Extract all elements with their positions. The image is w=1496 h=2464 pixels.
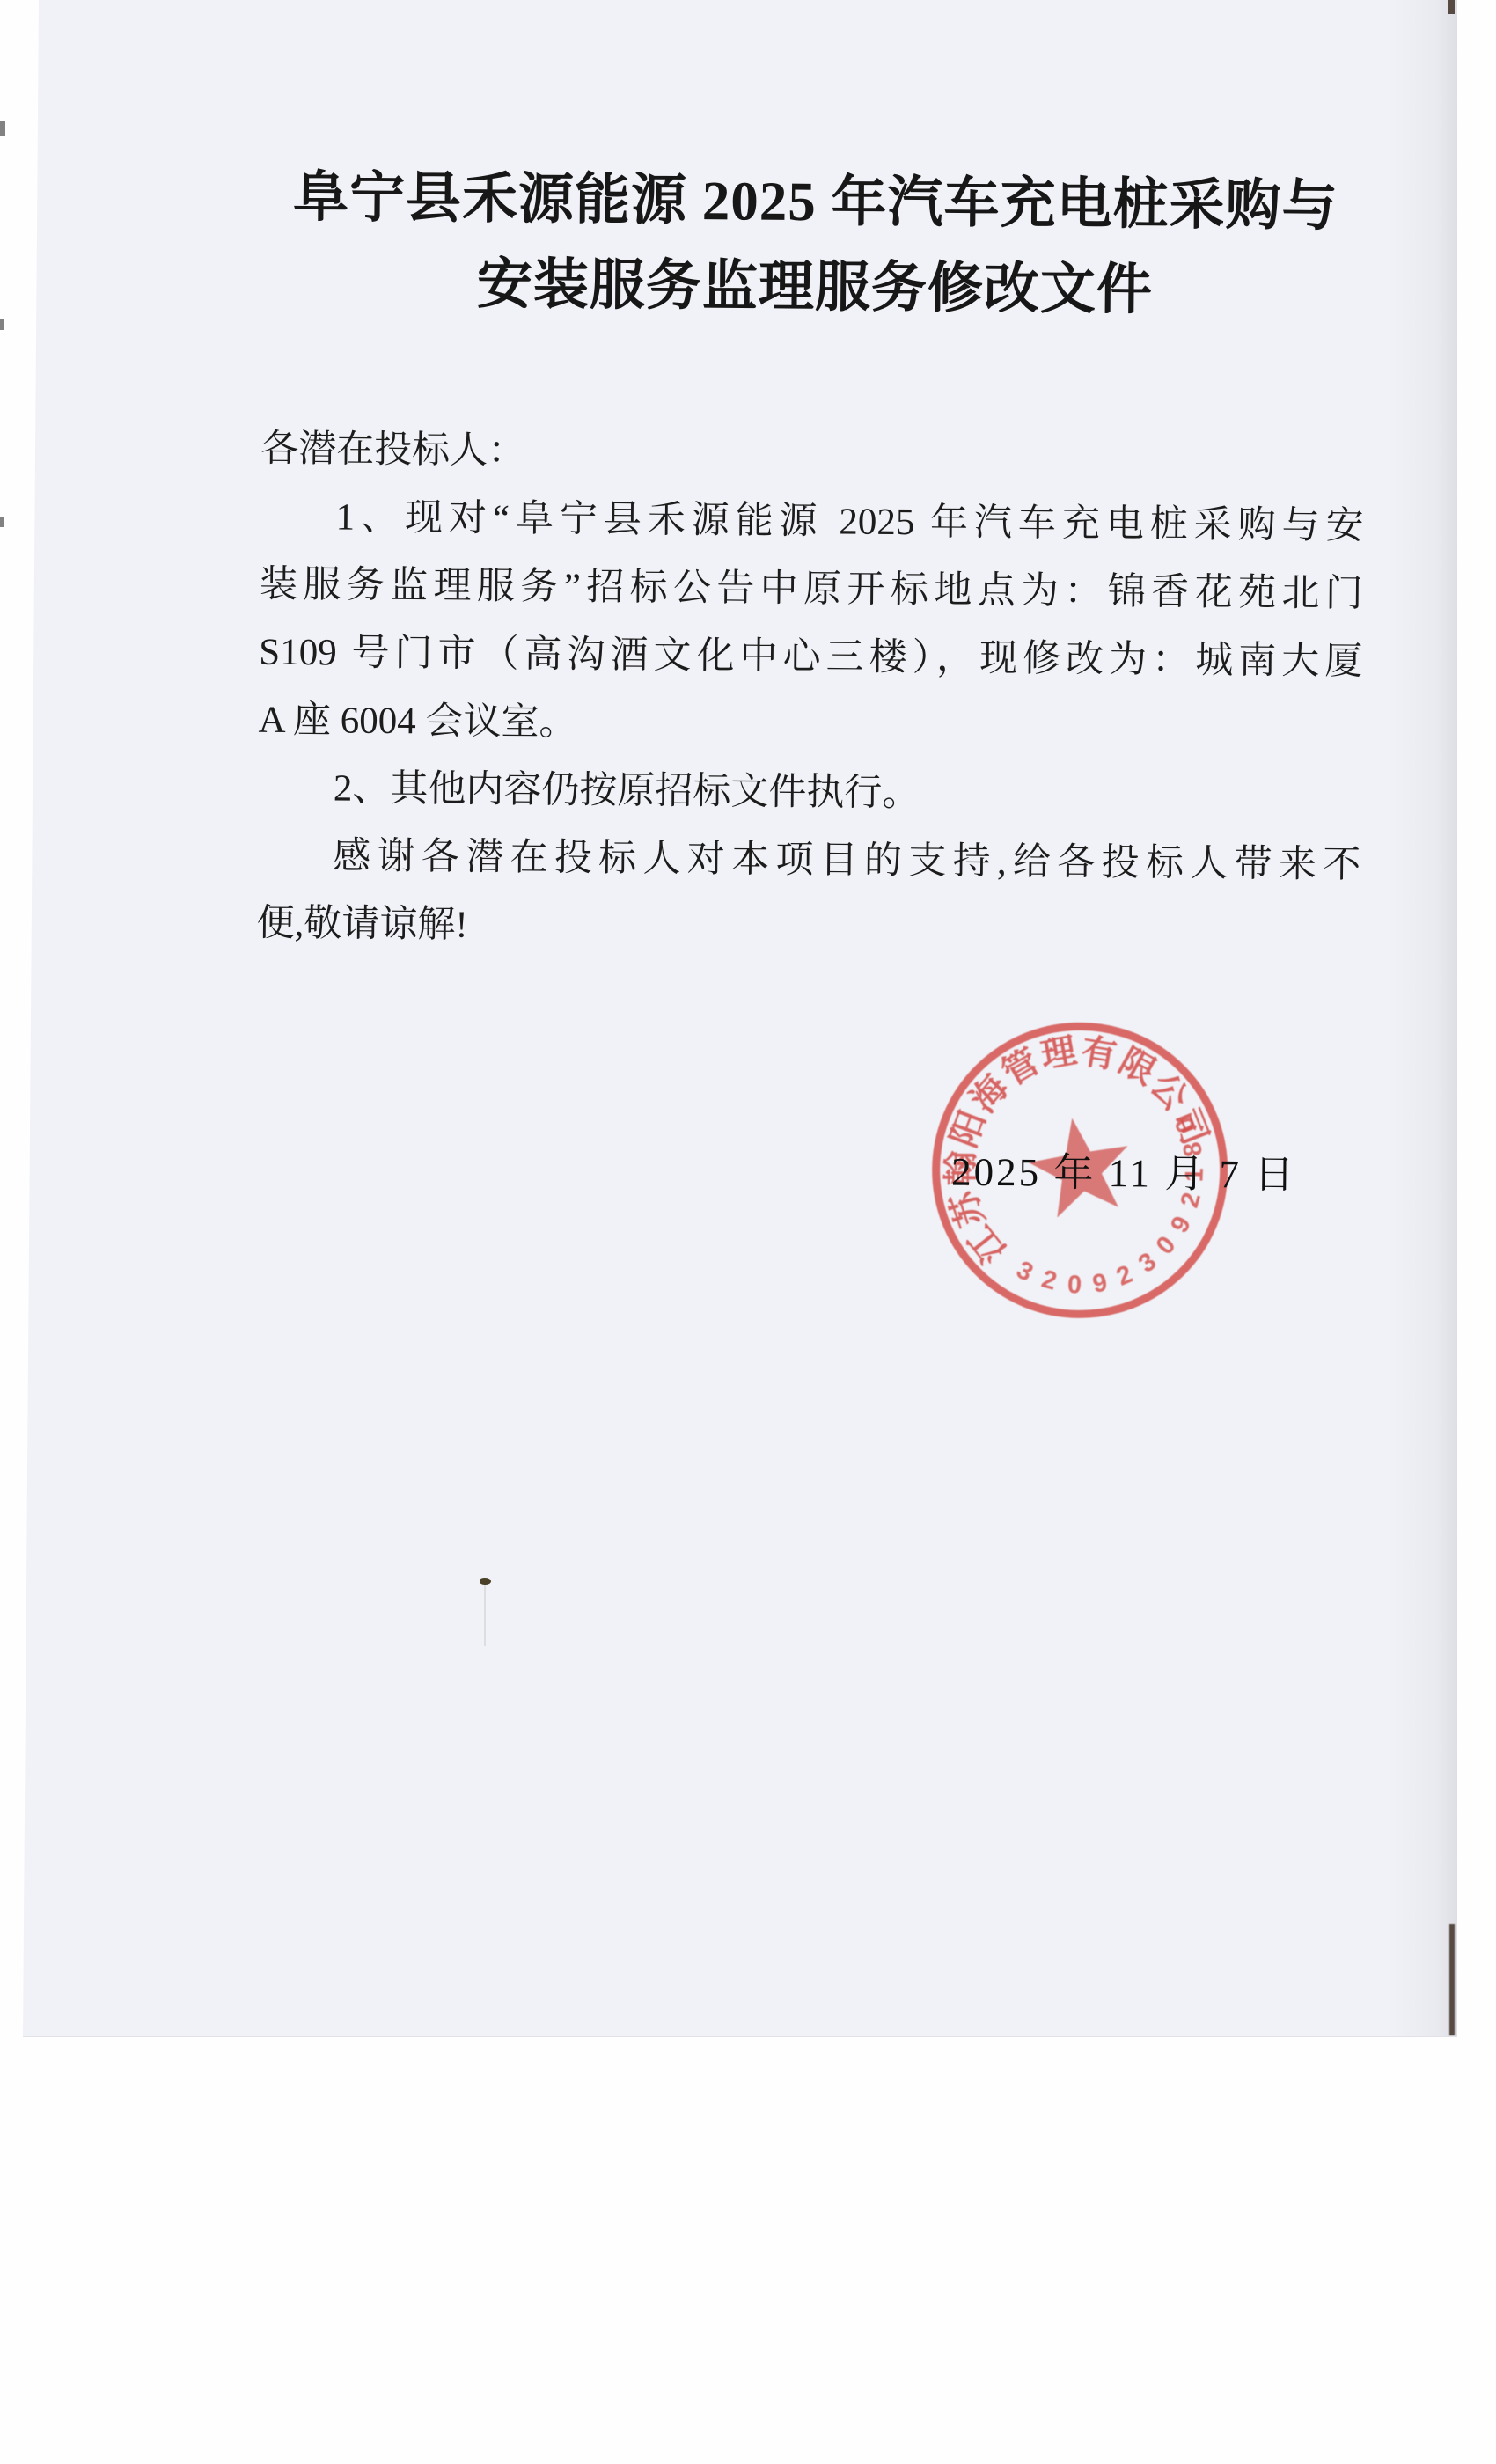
stamp-serial-char: 0 (1067, 1271, 1082, 1301)
body-line: 1、现对“阜宁县禾源能源 2025 年汽车充电桩采购与安 (260, 483, 1364, 561)
body-line: A 座 6004 会议室。 (258, 686, 1362, 764)
body-line: 2、其他内容仍按原招标文件执行。 (258, 754, 1362, 832)
body-line: 感谢各潜在投标人对本项目的支持,给各投标人带来不 (257, 822, 1361, 899)
scan-edge-tick (0, 121, 5, 136)
title-line-1: 阜宁县禾源能源 2025 年汽车充电桩采购与 (263, 155, 1368, 250)
ink-speck-streak (484, 1585, 486, 1646)
ink-speck (480, 1578, 491, 1585)
document-body: 各潜在投标人： 1、现对“阜宁县禾源能源 2025 年汽车充电桩采购与安 装服务… (256, 415, 1364, 967)
body-line: 装服务监理服务”招标公告中原开标地点为：锦香花苑北门 (260, 551, 1364, 628)
document-content: 阜宁县禾源能源 2025 年汽车充电桩采购与 安装服务监理服务修改文件 各潜在投… (0, 0, 1496, 2047)
body-line: 便,敬请谅解! (256, 890, 1360, 967)
title-line-2: 安装服务监理服务修改文件 (263, 240, 1368, 335)
scan-edge-mark-bottom-right (1449, 1924, 1455, 2035)
body-line: S109 号门市（高沟酒文化中心三楼），现修改为：城南大厦 (259, 619, 1363, 696)
date-text: 2025 年 11 月 7 日 (951, 1140, 1297, 1199)
scan-edge-tick (0, 319, 4, 330)
scan-edge-mark-top-right (1448, 0, 1455, 14)
salutation: 各潜在投标人： (260, 415, 1365, 493)
document-title: 阜宁县禾源能源 2025 年汽车充电桩采购与 安装服务监理服务修改文件 (263, 155, 1368, 335)
scan-edge-tick (0, 517, 4, 527)
